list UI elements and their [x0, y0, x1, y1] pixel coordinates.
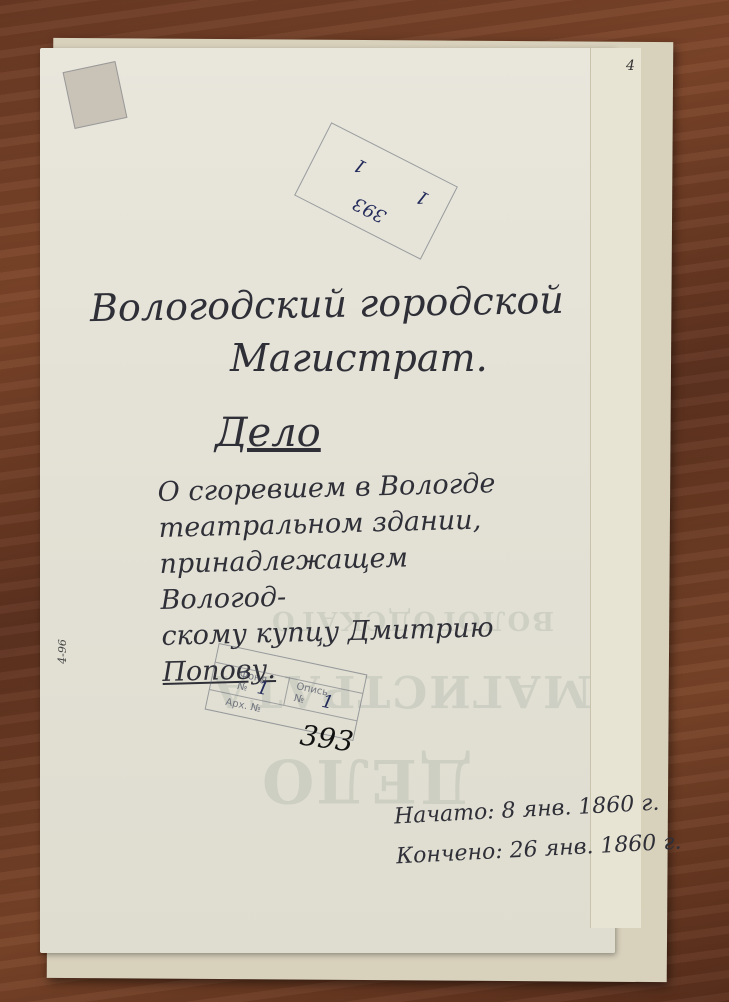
- description-line: принадлежащем Вологод-: [159, 537, 541, 619]
- corner-page-number: 4: [626, 58, 635, 74]
- stamp-top-opis: 1: [350, 154, 370, 178]
- header-line-2: Магистрат.: [230, 336, 488, 380]
- case-label: Дело: [215, 410, 321, 456]
- opis-prefix: №: [293, 693, 305, 706]
- fond-prefix: №: [236, 681, 248, 694]
- header-line-1: Вологодский городской: [90, 278, 564, 330]
- margin-note: 4-96: [56, 639, 69, 664]
- binding-tag: [63, 61, 128, 129]
- stamp-top-fond: 1: [413, 185, 433, 209]
- case-dates: Начато: 8 янв. 1860 г. Кончено: 26 янв. …: [393, 783, 682, 878]
- stamp-top-number: 393: [350, 193, 390, 227]
